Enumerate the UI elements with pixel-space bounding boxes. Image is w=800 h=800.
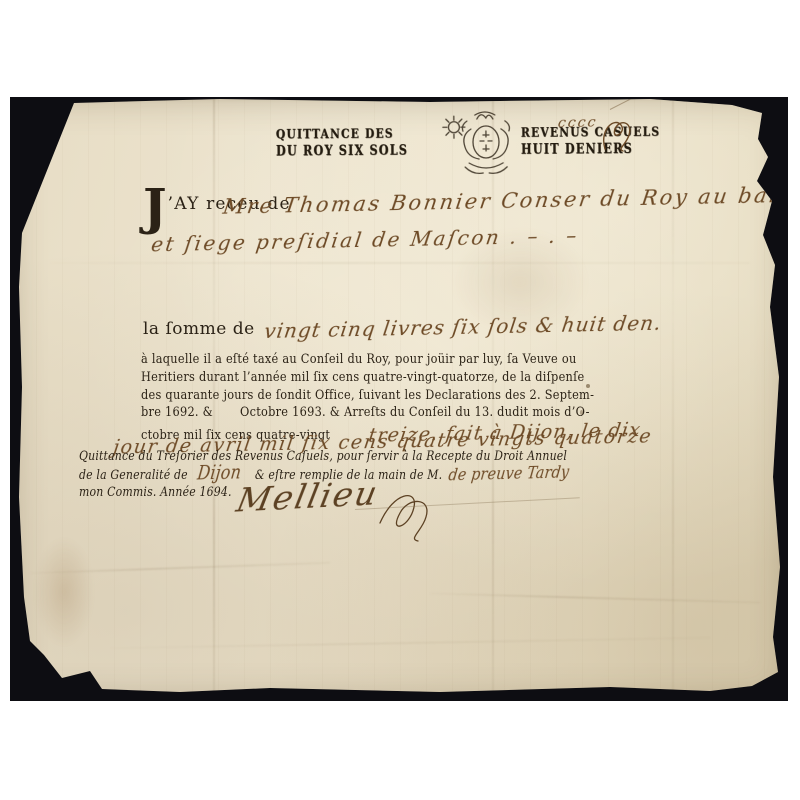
footer-line2-printed-a: de la Generalité de <box>79 467 188 484</box>
paper-crease <box>110 637 710 649</box>
footer-line1: Quittance du Treſorier des Revenus Caſue… <box>79 448 569 465</box>
handwritten-generality-place: Dijon <box>197 464 243 482</box>
paraph-flourish-icon <box>599 115 643 155</box>
paper-crease <box>430 592 760 603</box>
document-photo: QUITTANCE DES DU ROY SIX SOLS <box>10 97 788 701</box>
paper-stain <box>34 537 94 647</box>
paragraph-line: Heritiers durant l’année mil ſix cens qu… <box>141 369 594 387</box>
paper-crease <box>30 562 330 574</box>
drop-cap-initial: J <box>143 185 167 229</box>
handwritten-amount: vingt cinq livres ſix ſols & huit den. <box>262 311 663 343</box>
handwritten-commis-name: de preuve Tardy <box>448 465 571 485</box>
sum-line: la ſomme de vingt cinq livres ſix ſols &… <box>143 315 661 339</box>
aged-paper-sheet: QUITTANCE DES DU ROY SIX SOLS <box>10 97 788 701</box>
paragraph-line: bre 1692. & Octobre 1693. & Arreſts du C… <box>141 404 594 422</box>
paragraph-line: à laquelle il a eſté taxé au Conſeil du … <box>141 351 594 369</box>
signature-paraph-icon <box>374 483 444 545</box>
royal-arms-stamp-icon <box>441 105 522 180</box>
corner-handwritten-note: cccc <box>558 115 643 155</box>
sum-printed-prefix: la ſomme de <box>143 319 255 339</box>
stamp-left-line1: QUITTANCE DES <box>276 127 411 143</box>
signature-handwritten: Mellieu <box>233 473 382 519</box>
stamp-left-line2: DU ROY SIX SOLS <box>276 143 408 160</box>
paper-fold-crease <box>50 262 750 264</box>
signature-block: Mellieu <box>238 477 444 545</box>
paragraph-line: des quarante jours de ſondit Office, ſui… <box>141 387 594 405</box>
handwritten-payer-line1: Mre Thomas Bonnier Conser du Roy au bail… <box>221 183 786 219</box>
tally-marks: cccc <box>557 115 599 132</box>
stamp-left-text: QUITTANCE DES DU ROY SIX SOLS <box>276 126 441 159</box>
